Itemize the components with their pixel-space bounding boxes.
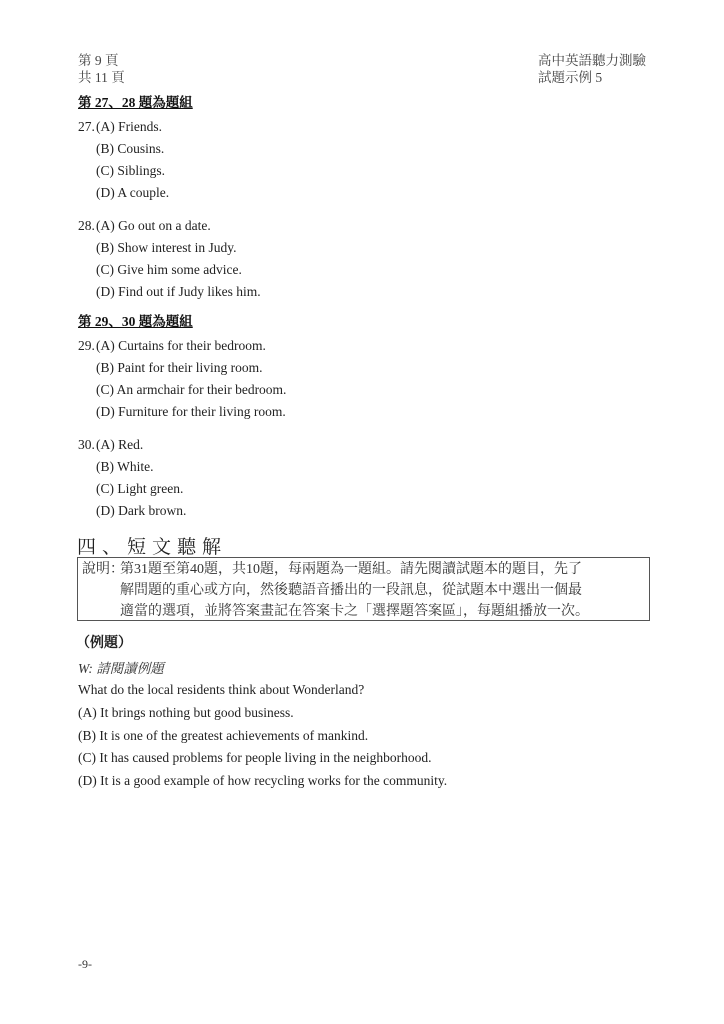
- example-option: (B) It is one of the greatest achievemen…: [78, 727, 368, 744]
- option: (B) Paint for their living room.: [96, 359, 262, 376]
- section-title: 四、短文聽解: [77, 532, 227, 559]
- option: (B) Show interest in Judy.: [96, 239, 237, 256]
- option: (A) Friends.: [96, 118, 162, 135]
- option: (C) An armchair for their bedroom.: [96, 381, 286, 398]
- example-question: What do the local residents think about …: [78, 681, 364, 698]
- option: (A) Go out on a date.: [96, 217, 211, 234]
- option: (B) Cousins.: [96, 140, 164, 157]
- option: (A) Curtains for their bedroom.: [96, 337, 266, 354]
- option: (D) Dark brown.: [96, 502, 186, 519]
- option: (C) Siblings.: [96, 162, 165, 179]
- option: (D) Find out if Judy likes him.: [96, 283, 261, 300]
- question-number: 29.: [78, 337, 95, 354]
- exam-title: 高中英語聽力測驗: [538, 52, 646, 69]
- group-title-29-30: 第 29、30 題為題組: [78, 310, 193, 330]
- group-title-27-28: 第 27、28 題為題組: [78, 91, 193, 111]
- option: (C) Light green.: [96, 480, 183, 497]
- example-option: (D) It is a good example of how recyclin…: [78, 772, 447, 789]
- example-option: (C) It has caused problems for people li…: [78, 749, 432, 766]
- page-header-right: 高中英語聽力測驗 試題示例 5: [538, 52, 646, 86]
- option: (D) A couple.: [96, 184, 169, 201]
- instruction-text: 第31題至第40題，共10題，每兩題為一題組。請先閱讀試題本的題目，先了 解問題…: [120, 559, 646, 622]
- instruction-line: 第31題至第40題，共10題，每兩題為一題組。請先閱讀試題本的題目，先了: [120, 559, 646, 580]
- page-header-left: 第 9 頁 共 11 頁: [78, 52, 125, 86]
- page-current: 第 9 頁: [78, 52, 125, 69]
- question-number: 28.: [78, 217, 95, 234]
- option: (A) Red.: [96, 436, 143, 453]
- instruction-box: 說明： 第31題至第40題，共10題，每兩題為一題組。請先閱讀試題本的題目，先了…: [77, 557, 650, 621]
- example-option: (A) It brings nothing but good business.: [78, 704, 294, 721]
- example-prompt: W: 請閱讀例題: [78, 657, 164, 677]
- page-total: 共 11 頁: [78, 69, 125, 86]
- instruction-line: 解問題的重心或方向，然後聽語音播出的一段訊息，從試題本中選出一個最: [120, 580, 646, 601]
- question-number: 27.: [78, 118, 95, 135]
- option: (D) Furniture for their living room.: [96, 403, 286, 420]
- instruction-label: 說明：: [82, 559, 124, 580]
- option: (C) Give him some advice.: [96, 261, 242, 278]
- instruction-line: 適當的選項，並將答案畫記在答案卡之「選擇題答案區」，每題組播放一次。: [120, 601, 646, 622]
- page-number-footer: -9-: [78, 957, 92, 972]
- exam-subtitle: 試題示例 5: [538, 69, 646, 86]
- example-label: （例題）: [76, 632, 132, 652]
- question-number: 30.: [78, 436, 95, 453]
- option: (B) White.: [96, 458, 154, 475]
